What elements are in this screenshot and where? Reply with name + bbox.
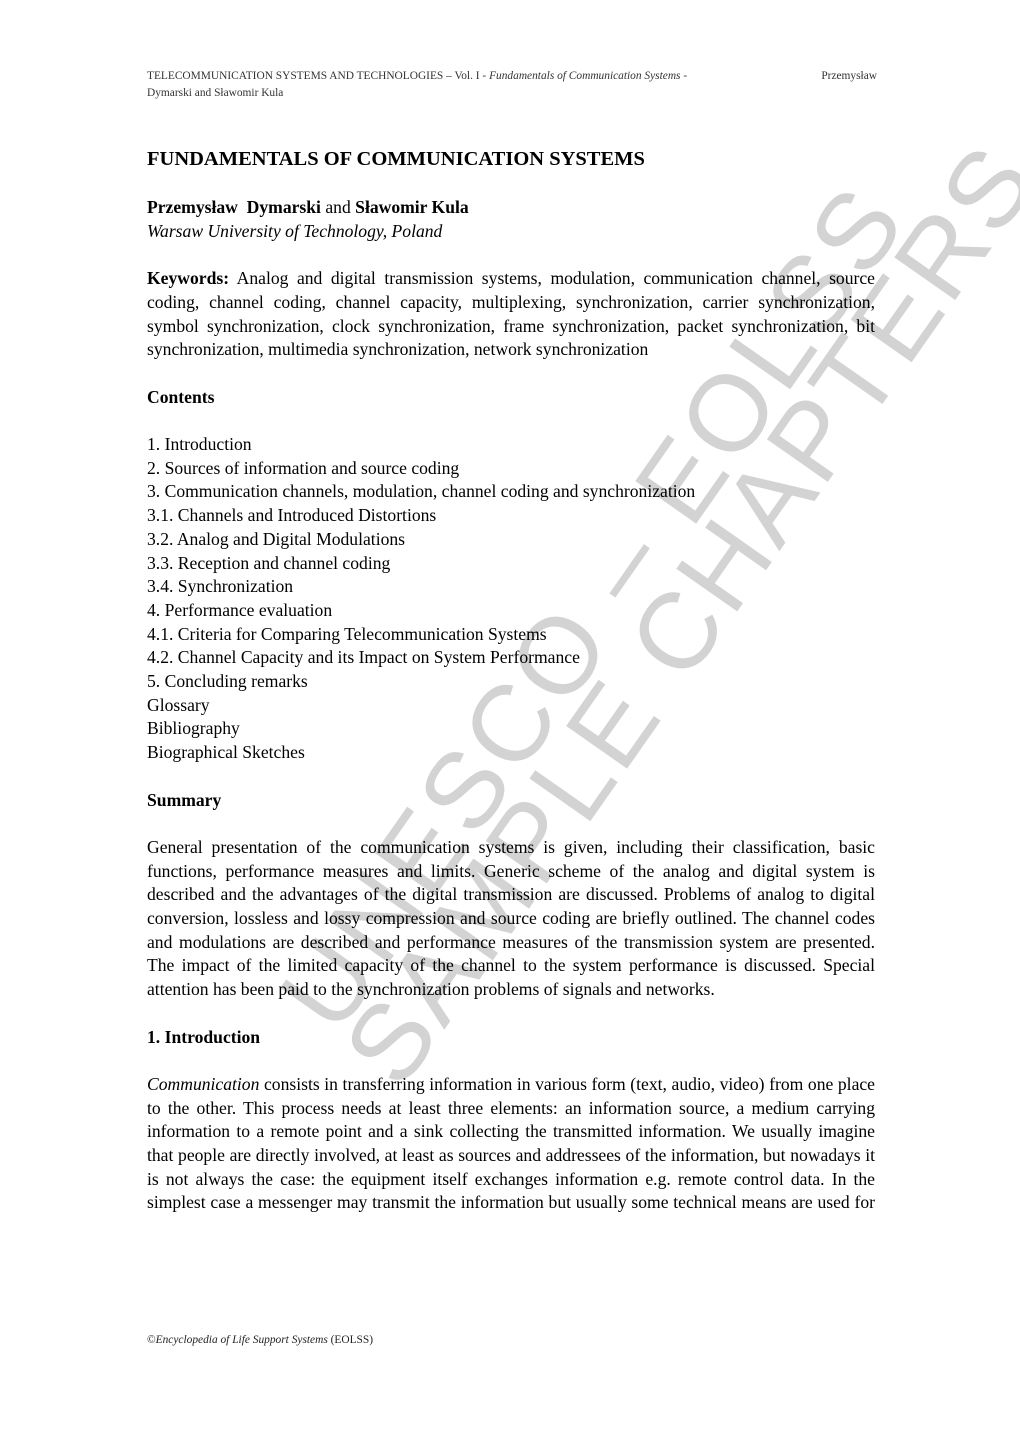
keywords-label: Keywords: <box>147 268 229 288</box>
summary-paragraph: General presentation of the communicatio… <box>147 836 875 1002</box>
keywords: Keywords: Analog and digital transmissio… <box>147 267 875 362</box>
running-header: TELECOMMUNICATION SYSTEMS AND TECHNOLOGI… <box>147 68 877 102</box>
toc-item: 4. Performance evaluation <box>147 599 875 623</box>
toc-item: 3.3. Reception and channel coding <box>147 552 875 576</box>
running-header-line-1: TELECOMMUNICATION SYSTEMS AND TECHNOLOGI… <box>147 68 877 85</box>
introduction-paragraph: Communication consists in transferring i… <box>147 1073 875 1215</box>
toc-item: Glossary <box>147 694 875 718</box>
toc-item: 4.1. Criteria for Comparing Telecommunic… <box>147 623 875 647</box>
affiliation: Warsaw University of Technology, Poland <box>147 220 875 244</box>
toc-item: 4.2. Channel Capacity and its Impact on … <box>147 646 875 670</box>
toc-item: 3.2. Analog and Digital Modulations <box>147 528 875 552</box>
page-footer: ©Encyclopedia of Life Support Systems (E… <box>147 1334 373 1346</box>
author-2: Sławomir Kula <box>355 197 469 217</box>
authors: Przemysław Dymarski and Sławomir Kula <box>147 196 875 220</box>
series-title: TELECOMMUNICATION SYSTEMS AND TECHNOLOGI… <box>147 70 443 82</box>
lead-term: Communication <box>147 1074 259 1094</box>
author-1: Przemysław Dymarski <box>147 197 321 217</box>
copyright-symbol: © <box>147 1334 156 1346</box>
toc-item: 5. Concluding remarks <box>147 670 875 694</box>
toc-item: 3.1. Channels and Introduced Distortions <box>147 504 875 528</box>
header-authors: Przemysław <box>821 68 877 85</box>
running-header-line-2: Dymarski and Sławomir Kula <box>147 85 877 102</box>
toc-item: 3.4. Synchronization <box>147 575 875 599</box>
volume: Vol. I <box>454 70 479 82</box>
publication-abbrev: (EOLSS) <box>328 1334 373 1346</box>
page-content: FUNDAMENTALS OF COMMUNICATION SYSTEMS Pr… <box>147 146 875 1239</box>
toc-item: 1. Introduction <box>147 433 875 457</box>
document-title: FUNDAMENTALS OF COMMUNICATION SYSTEMS <box>147 146 875 172</box>
introduction-heading: 1. Introduction <box>147 1026 875 1050</box>
toc-item: 2. Sources of information and source cod… <box>147 457 875 481</box>
publication-name: Encyclopedia of Life Support Systems <box>156 1334 328 1346</box>
toc-item: 3. Communication channels, modulation, c… <box>147 480 875 504</box>
contents-heading: Contents <box>147 386 875 410</box>
toc-item: Bibliography <box>147 717 875 741</box>
table-of-contents: 1. Introduction2. Sources of information… <box>147 433 875 765</box>
summary-heading: Summary <box>147 789 875 813</box>
chapter-title: Fundamentals of Communication Systems <box>489 70 680 82</box>
toc-item: Biographical Sketches <box>147 741 875 765</box>
keywords-text: Analog and digital transmission systems,… <box>147 268 875 359</box>
